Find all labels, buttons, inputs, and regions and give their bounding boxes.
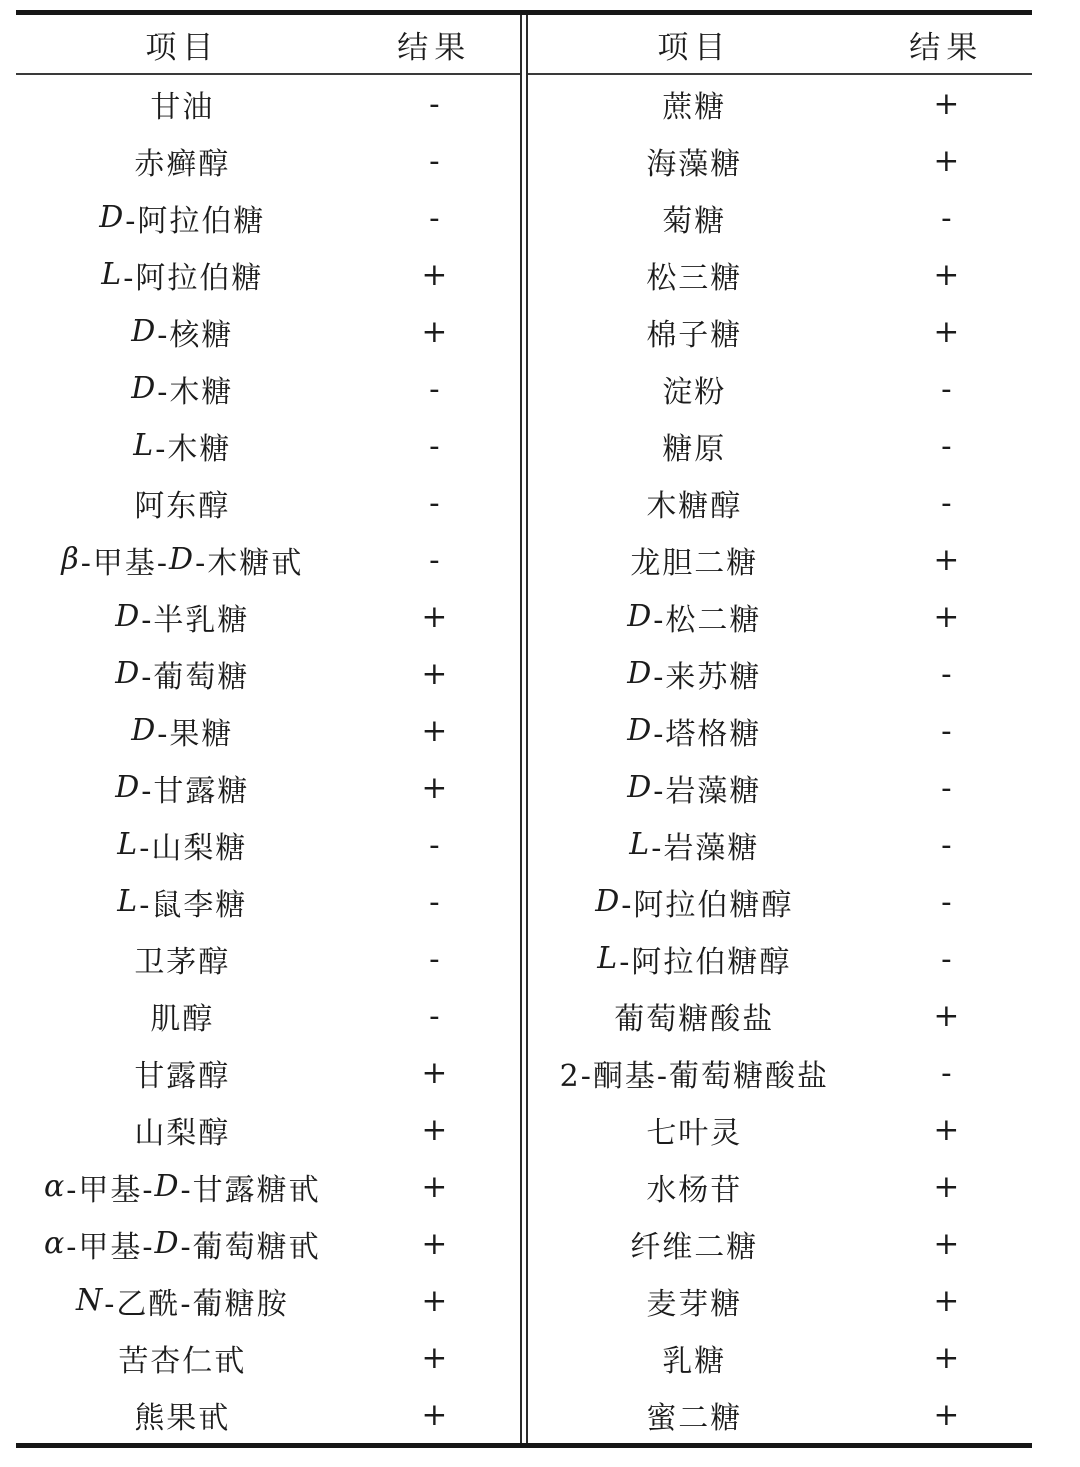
table-row: L-岩藻糖- — [528, 816, 1032, 873]
result-cell: + — [861, 1272, 1032, 1329]
item-cell: 纤维二糖 — [528, 1215, 861, 1272]
item-cell: D-半乳糖 — [16, 588, 349, 645]
negative-result: - — [429, 371, 439, 407]
table-row: D-半乳糖+ — [16, 588, 520, 645]
item-cell: D-葡萄糖 — [16, 645, 349, 702]
result-cell: + — [861, 1215, 1032, 1272]
table-row: 木糖醇- — [528, 474, 1032, 531]
table-row: D-甘露糖+ — [16, 759, 520, 816]
item-cell: 苦杏仁甙 — [16, 1329, 349, 1386]
negative-result: - — [429, 143, 439, 179]
item-cell: D-阿拉伯糖醇 — [528, 873, 861, 930]
table-row: L-鼠李糖- — [16, 873, 520, 930]
item-cell: D-核糖 — [16, 303, 349, 360]
item-cell: α-甲基-D-甘露糖甙 — [16, 1158, 349, 1215]
positive-result: + — [421, 1226, 447, 1262]
item-cell: 赤癣醇 — [16, 132, 349, 189]
table-row: 海藻糖+ — [528, 132, 1032, 189]
result-cell: - — [861, 930, 1032, 987]
item-cell: D-松二糖 — [528, 588, 861, 645]
positive-result: + — [933, 257, 959, 293]
result-cell: + — [861, 246, 1032, 303]
left-header-row: 项目 结果 — [16, 15, 520, 75]
table-row: D-阿拉伯糖醇- — [528, 873, 1032, 930]
positive-result: + — [933, 1340, 959, 1376]
table-row: L-阿拉伯糖+ — [16, 246, 520, 303]
table-row: 松三糖+ — [528, 246, 1032, 303]
item-cell: D-塔格糖 — [528, 702, 861, 759]
table-row: D-岩藻糖- — [528, 759, 1032, 816]
result-cell: + — [349, 1158, 520, 1215]
left-pane: 项目 结果 甘油-赤癣醇-D-阿拉伯糖-L-阿拉伯糖+D-核糖+D-木糖-L-木… — [16, 15, 520, 1443]
result-cell: + — [861, 987, 1032, 1044]
right-pane: 项目 结果 蔗糖+海藻糖+菊糖-松三糖+棉子糖+淀粉-糖原-木糖醇-龙胆二糖+D… — [528, 15, 1032, 1443]
table-row: 甘油- — [16, 75, 520, 132]
item-cell: 甘油 — [16, 75, 349, 132]
negative-result: - — [429, 998, 439, 1034]
negative-result: - — [429, 542, 439, 578]
positive-result: + — [421, 257, 447, 293]
table-row: L-阿拉伯糖醇- — [528, 930, 1032, 987]
table-row: N-乙酰-葡糖胺+ — [16, 1272, 520, 1329]
item-cell: 葡萄糖酸盐 — [528, 987, 861, 1044]
item-cell: L-山梨糖 — [16, 816, 349, 873]
result-cell: + — [861, 303, 1032, 360]
result-cell: - — [349, 873, 520, 930]
item-cell: 山梨醇 — [16, 1101, 349, 1158]
table-row: β-甲基-D-木糖甙- — [16, 531, 520, 588]
positive-result: + — [933, 1112, 959, 1148]
result-cell: + — [861, 1329, 1032, 1386]
result-cell: + — [349, 1101, 520, 1158]
table-row: D-塔格糖- — [528, 702, 1032, 759]
item-cell: D-阿拉伯糖 — [16, 189, 349, 246]
item-cell: 2-酮基-葡萄糖酸盐 — [528, 1044, 861, 1101]
table-row: 苦杏仁甙+ — [16, 1329, 520, 1386]
table-row: 阿东醇- — [16, 474, 520, 531]
item-cell: N-乙酰-葡糖胺 — [16, 1272, 349, 1329]
negative-result: - — [941, 371, 951, 407]
result-cell: - — [349, 930, 520, 987]
negative-result: - — [941, 1055, 951, 1091]
item-cell: 水杨苷 — [528, 1158, 861, 1215]
result-cell: - — [349, 474, 520, 531]
table-row: 菊糖- — [528, 189, 1032, 246]
negative-result: - — [429, 428, 439, 464]
left-rows-body: 甘油-赤癣醇-D-阿拉伯糖-L-阿拉伯糖+D-核糖+D-木糖-L-木糖-阿东醇-… — [16, 75, 520, 1443]
item-cell: 阿东醇 — [16, 474, 349, 531]
result-cell: - — [349, 987, 520, 1044]
table-row: 赤癣醇- — [16, 132, 520, 189]
result-cell: + — [349, 759, 520, 816]
table-row: 糖原- — [528, 417, 1032, 474]
result-cell: - — [861, 417, 1032, 474]
positive-result: + — [421, 1169, 447, 1205]
result-cell: + — [349, 645, 520, 702]
table-row: D-葡萄糖+ — [16, 645, 520, 702]
result-cell: + — [861, 1158, 1032, 1215]
result-cell: + — [349, 588, 520, 645]
item-cell: 七叶灵 — [528, 1101, 861, 1158]
negative-result: - — [429, 485, 439, 521]
results-table: 项目 结果 甘油-赤癣醇-D-阿拉伯糖-L-阿拉伯糖+D-核糖+D-木糖-L-木… — [16, 10, 1032, 1448]
positive-result: + — [421, 1055, 447, 1091]
result-cell: + — [349, 1386, 520, 1443]
result-cell: + — [861, 75, 1032, 132]
right-item-header: 项目 — [528, 15, 861, 73]
result-cell: - — [861, 759, 1032, 816]
positive-result: + — [933, 314, 959, 350]
item-cell: D-甘露糖 — [16, 759, 349, 816]
table-row: 2-酮基-葡萄糖酸盐- — [528, 1044, 1032, 1101]
table-row: D-核糖+ — [16, 303, 520, 360]
result-cell: - — [861, 873, 1032, 930]
item-cell: 熊果甙 — [16, 1386, 349, 1443]
item-cell: D-来苏糖 — [528, 645, 861, 702]
item-cell: β-甲基-D-木糖甙 — [16, 531, 349, 588]
table-row: 熊果甙+ — [16, 1386, 520, 1443]
result-cell: + — [861, 588, 1032, 645]
result-cell: + — [349, 1044, 520, 1101]
item-cell: 棉子糖 — [528, 303, 861, 360]
result-cell: - — [861, 702, 1032, 759]
table-row: α-甲基-D-葡萄糖甙+ — [16, 1215, 520, 1272]
left-result-header: 结果 — [349, 15, 520, 73]
result-cell: - — [861, 816, 1032, 873]
result-cell: - — [861, 360, 1032, 417]
negative-result: - — [429, 827, 439, 863]
table-row: 肌醇- — [16, 987, 520, 1044]
result-cell: + — [349, 303, 520, 360]
table-row: 甘露醇+ — [16, 1044, 520, 1101]
positive-result: + — [933, 542, 959, 578]
item-cell: 蔗糖 — [528, 75, 861, 132]
result-cell: + — [349, 702, 520, 759]
table-row: 水杨苷+ — [528, 1158, 1032, 1215]
negative-result: - — [941, 485, 951, 521]
positive-result: + — [933, 998, 959, 1034]
item-cell: L-阿拉伯糖醇 — [528, 930, 861, 987]
table-row: D-阿拉伯糖- — [16, 189, 520, 246]
item-cell: 糖原 — [528, 417, 861, 474]
right-rows-body: 蔗糖+海藻糖+菊糖-松三糖+棉子糖+淀粉-糖原-木糖醇-龙胆二糖+D-松二糖+D… — [528, 75, 1032, 1443]
item-cell: 木糖醇 — [528, 474, 861, 531]
table-row: D-果糖+ — [16, 702, 520, 759]
item-cell: 松三糖 — [528, 246, 861, 303]
positive-result: + — [421, 713, 447, 749]
positive-result: + — [421, 1340, 447, 1376]
item-cell: 卫茅醇 — [16, 930, 349, 987]
result-cell: - — [349, 75, 520, 132]
table-row: 棉子糖+ — [528, 303, 1032, 360]
result-cell: - — [861, 645, 1032, 702]
negative-result: - — [941, 827, 951, 863]
negative-result: - — [941, 656, 951, 692]
result-cell: - — [349, 816, 520, 873]
positive-result: + — [421, 1397, 447, 1433]
result-cell: - — [349, 417, 520, 474]
item-cell: α-甲基-D-葡萄糖甙 — [16, 1215, 349, 1272]
table-row: 七叶灵+ — [528, 1101, 1032, 1158]
item-cell: 龙胆二糖 — [528, 531, 861, 588]
result-cell: + — [861, 1101, 1032, 1158]
negative-result: - — [429, 941, 439, 977]
positive-result: + — [933, 1397, 959, 1433]
item-cell: 甘露醇 — [16, 1044, 349, 1101]
table-row: 山梨醇+ — [16, 1101, 520, 1158]
table-row: D-来苏糖- — [528, 645, 1032, 702]
result-cell: - — [349, 189, 520, 246]
item-cell: L-阿拉伯糖 — [16, 246, 349, 303]
negative-result: - — [429, 86, 439, 122]
item-cell: 淀粉 — [528, 360, 861, 417]
item-cell: 蜜二糖 — [528, 1386, 861, 1443]
item-cell: D-岩藻糖 — [528, 759, 861, 816]
item-cell: 菊糖 — [528, 189, 861, 246]
table-row: 淀粉- — [528, 360, 1032, 417]
result-cell: + — [349, 1215, 520, 1272]
positive-result: + — [933, 1169, 959, 1205]
negative-result: - — [941, 884, 951, 920]
item-cell: L-鼠李糖 — [16, 873, 349, 930]
table-row: 蜜二糖+ — [528, 1386, 1032, 1443]
table-row: 葡萄糖酸盐+ — [528, 987, 1032, 1044]
table-row: 纤维二糖+ — [528, 1215, 1032, 1272]
result-cell: - — [349, 132, 520, 189]
negative-result: - — [941, 713, 951, 749]
positive-result: + — [933, 1226, 959, 1262]
table-row: 蔗糖+ — [528, 75, 1032, 132]
result-cell: - — [861, 189, 1032, 246]
positive-result: + — [421, 1112, 447, 1148]
item-cell: L-木糖 — [16, 417, 349, 474]
right-header-row: 项目 结果 — [528, 15, 1032, 75]
result-cell: + — [349, 1272, 520, 1329]
left-item-header: 项目 — [16, 15, 349, 73]
positive-result: + — [421, 314, 447, 350]
negative-result: - — [941, 428, 951, 464]
item-cell: 乳糖 — [528, 1329, 861, 1386]
result-cell: + — [861, 1386, 1032, 1443]
positive-result: + — [421, 1283, 447, 1319]
table-row: 乳糖+ — [528, 1329, 1032, 1386]
positive-result: + — [933, 143, 959, 179]
table-row: L-木糖- — [16, 417, 520, 474]
negative-result: - — [429, 884, 439, 920]
item-cell: 海藻糖 — [528, 132, 861, 189]
positive-result: + — [421, 599, 447, 635]
table-row: 龙胆二糖+ — [528, 531, 1032, 588]
table-row: D-松二糖+ — [528, 588, 1032, 645]
negative-result: - — [941, 200, 951, 236]
right-result-header: 结果 — [861, 15, 1032, 73]
table-row: L-山梨糖- — [16, 816, 520, 873]
item-cell: 肌醇 — [16, 987, 349, 1044]
negative-result: - — [429, 200, 439, 236]
item-cell: D-木糖 — [16, 360, 349, 417]
item-cell: L-岩藻糖 — [528, 816, 861, 873]
negative-result: - — [941, 941, 951, 977]
result-cell: - — [861, 1044, 1032, 1101]
table-row: 麦芽糖+ — [528, 1272, 1032, 1329]
result-cell: - — [861, 474, 1032, 531]
result-cell: - — [349, 531, 520, 588]
positive-result: + — [421, 770, 447, 806]
table-row: 卫茅醇- — [16, 930, 520, 987]
positive-result: + — [933, 599, 959, 635]
item-cell: D-果糖 — [16, 702, 349, 759]
result-cell: + — [349, 246, 520, 303]
double-rule-divider — [520, 15, 528, 1443]
negative-result: - — [941, 770, 951, 806]
item-cell: 麦芽糖 — [528, 1272, 861, 1329]
table-row: D-木糖- — [16, 360, 520, 417]
result-cell: + — [861, 531, 1032, 588]
result-cell: + — [861, 132, 1032, 189]
positive-result: + — [421, 656, 447, 692]
positive-result: + — [933, 86, 959, 122]
table-row: α-甲基-D-甘露糖甙+ — [16, 1158, 520, 1215]
positive-result: + — [933, 1283, 959, 1319]
result-cell: - — [349, 360, 520, 417]
result-cell: + — [349, 1329, 520, 1386]
